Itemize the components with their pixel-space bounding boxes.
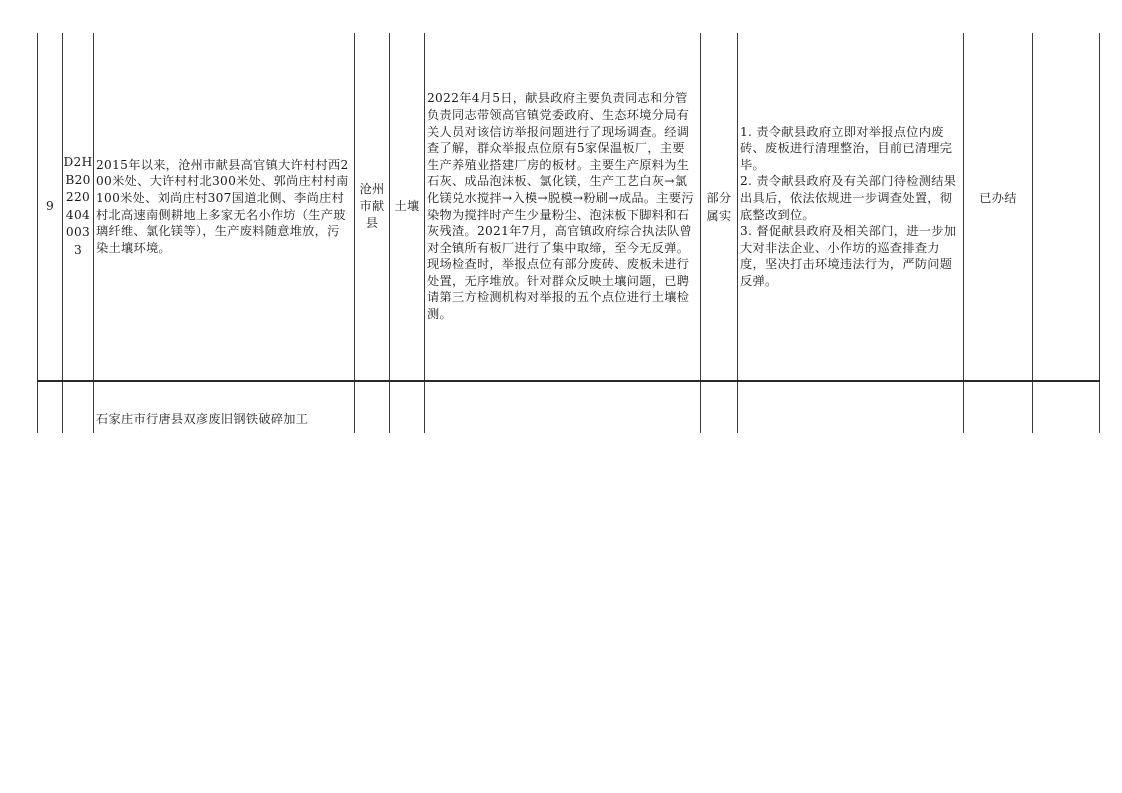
complaint-cell: 石家庄市行唐县双彦废旧钢铁破碎加工 bbox=[93, 381, 354, 433]
case-id-cell: D2H B20 220 404 003 3 bbox=[63, 33, 93, 380]
complaint-text: 石家庄市行唐县双彦废旧钢铁破碎加工 bbox=[96, 411, 351, 428]
verdict-text: 部分 属实 bbox=[707, 189, 732, 225]
complaint-cell: 2015年以来，沧州市献县高官镇大许村村西200米处、大许村村北300米处、郭尚… bbox=[94, 33, 354, 380]
status-text: 已办结 bbox=[979, 190, 1016, 207]
case-id: D2H B20 220 404 003 3 bbox=[63, 154, 92, 259]
actions-text: 1. 责令献县政府立即对举报点位内废砖、废板进行清理整治，目前已清理完毕。 2.… bbox=[740, 124, 960, 290]
row-index: 9 bbox=[46, 198, 54, 215]
category-text: 土壤 bbox=[395, 198, 420, 215]
investigation-text: 2022年4月5日，献县政府主要负责同志和分管负责同志带领高官镇党委政府、生态环… bbox=[427, 90, 697, 322]
actions-cell: 1. 责令献县政府立即对举报点位内废砖、废板进行清理整治，目前已清理完毕。 2.… bbox=[738, 33, 963, 380]
verdict-cell: 部分 属实 bbox=[701, 33, 737, 380]
document-page: 9 D2H B20 220 404 003 3 2015年以来，沧州市献县高官镇… bbox=[0, 0, 1122, 793]
investigation-cell: 2022年4月5日，献县政府主要负责同志和分管负责同志带领高官镇党委政府、生态环… bbox=[425, 33, 700, 380]
region-cell: 沧州 市献 县 bbox=[355, 33, 389, 380]
status-cell: 已办结 bbox=[964, 33, 1032, 363]
category-cell: 土壤 bbox=[390, 33, 424, 380]
row-index-cell: 9 bbox=[38, 33, 62, 380]
region-text: 沧州 市献 县 bbox=[360, 181, 385, 232]
remarks-cell bbox=[1033, 33, 1099, 380]
column-border bbox=[1099, 33, 1100, 433]
complaint-text: 2015年以来，沧州市献县高官镇大许村村西200米处、大许村村北300米处、郭尚… bbox=[96, 157, 351, 257]
